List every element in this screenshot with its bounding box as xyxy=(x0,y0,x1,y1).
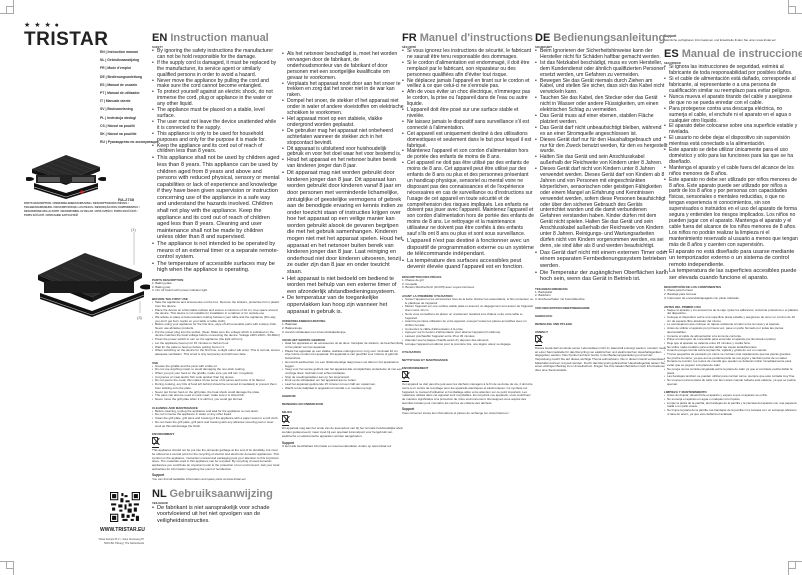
de-support-text: Sämtliche verfügbaren Informationen und … xyxy=(664,39,799,43)
fr-environment-text: Cet appareil ne doit pas être jeté avec … xyxy=(402,383,534,405)
list-item: La température des surfaces accessibles … xyxy=(402,258,534,271)
weee-bin-icon xyxy=(152,437,158,444)
list-item: Este aparato no debe ser utilizado por n… xyxy=(664,178,799,249)
language-item[interactable]: EN | Instruction manual xyxy=(100,50,146,58)
list-item: De temperatuur van de toegankelijke oppe… xyxy=(282,295,404,315)
nl-section: Als het netsnoer beschadigd is, moet het… xyxy=(282,32,404,449)
de-cleaning-heading: REINIGUNG UND PFLEGE xyxy=(535,322,668,326)
list-item: Tauchen Sie das Kabel, den Stecker oder … xyxy=(535,96,668,114)
es-section: Support Sämtliche verfügbaren Informatio… xyxy=(664,32,799,417)
list-item: Als het netsnoer beschadigd is, moet het… xyxy=(282,52,404,82)
list-item: Lorsque l'appareil est allumé pour la pr… xyxy=(402,343,534,347)
list-item: De gebruiker mag het apparaat niet onbeh… xyxy=(282,129,404,147)
language-item[interactable]: RU | Руководство по эксплуатации xyxy=(100,140,146,148)
nl-heading: NL Gebruiksaanwijzing xyxy=(152,488,280,500)
list-item: Ne laissez jamais le dispositif sans sur… xyxy=(402,120,534,132)
fr-use-heading: UTILISATION xyxy=(402,350,534,354)
de-environment-text: Dieses Gerät darf am Ende seiner Lebensd… xyxy=(535,347,668,373)
list-item: Das Gerät muss auf einer ebenen, stabile… xyxy=(535,114,668,126)
en-environment-text: This appliance should not be put into th… xyxy=(152,449,280,471)
de-continued: Support Sämtliche verfügbaren Informatio… xyxy=(664,35,799,42)
tristar-logo: ★ ★ ★ ● TRISTAR xyxy=(24,22,108,50)
list-item: When switching on the device for the fir… xyxy=(152,349,280,356)
language-item[interactable]: CS | Návod na použití xyxy=(100,124,146,132)
list-item: Dieses Gerät darf nur für den Haushaltsg… xyxy=(535,138,668,156)
list-item: The appliance is not intended to be oper… xyxy=(152,241,280,261)
list-item: Verplaats het apparaat nooit door aan he… xyxy=(282,82,404,100)
list-item: Si le cordon d'alimentation est endommag… xyxy=(402,61,534,79)
logo-wordmark: TRISTAR xyxy=(24,30,108,50)
language-item[interactable]: IT | Manuale utente xyxy=(100,99,146,107)
nl-cleaning-heading: REINIGING EN ONDERHOUD xyxy=(282,402,404,406)
nl-support-text: U kunt alle beschikbare informatie en re… xyxy=(282,445,404,449)
parts-diagram: (1) (3) xyxy=(30,225,150,320)
list-item: The temperature of accessible surfaces m… xyxy=(152,261,280,274)
list-item: El aparato no está diseñado para usarse … xyxy=(664,249,799,269)
fr-support-text: Vous retrouvez toutes les informations e… xyxy=(402,412,534,416)
de-first-use-heading: VOR DER ERSTEN INBETRIEBNAHME xyxy=(535,306,668,310)
de-part: 3. Ein/Ausschalter mit Kontrollleuchte xyxy=(535,298,668,302)
weee-bin-icon xyxy=(535,335,541,342)
fr-part: 3. Bouton Marche/Arrêt (On/Off) avec voy… xyxy=(402,286,534,290)
list-item: Die Temperatur der zugänglichen Oberfläc… xyxy=(535,270,668,283)
es-use-list: No utilice nada metálico para evitar dañ… xyxy=(664,346,799,387)
list-item: Nunca mueva el aparato tirando del cable… xyxy=(664,95,799,107)
list-item: Este aparato se debe utilizar únicamente… xyxy=(664,148,799,166)
cover-panel: ★ ★ ★ ● TRISTAR EN | Instruction manual … xyxy=(0,0,146,575)
language-index: EN | Instruction manual NL | Gebruiksaan… xyxy=(100,50,146,148)
list-item: This appliance shall not be used by chil… xyxy=(152,155,280,241)
list-item: Ist das Netzkabel beschädigt, muss es vo… xyxy=(535,61,668,79)
fr-environment-heading: ENVIRONNEMENT xyxy=(402,366,534,370)
en-part: 3. On/ off switch with power indicator l… xyxy=(152,289,280,293)
crop-mark-top-right-inner xyxy=(788,6,796,14)
raclette-grill-photo xyxy=(26,143,106,203)
list-item: Das Gerät darf nicht mit einem externen … xyxy=(535,250,668,270)
language-item[interactable]: DE | Bedienungsanleitung xyxy=(100,75,146,83)
qr-code[interactable] xyxy=(110,492,140,522)
language-item[interactable]: ES | Manual de usuario xyxy=(100,83,146,91)
list-item: This appliance is only to be used for ho… xyxy=(152,132,280,144)
language-item[interactable]: PL | Instrukcja obsługi xyxy=(100,116,146,124)
language-item[interactable]: SV | Bruksanvisning xyxy=(100,107,146,115)
list-item: L'appareil n'est pas destiné à fonctionn… xyxy=(402,238,534,258)
list-item: Afin de vous éviter un choc électrique, … xyxy=(402,90,534,108)
language-item[interactable]: PT | Manual de utilizador xyxy=(100,91,146,99)
list-item: Dit apparaat mag niet worden gebruikt do… xyxy=(282,170,404,276)
list-item: Mantenga el aparato y el cable fuera del… xyxy=(664,166,799,178)
diagram-label-1: (1) xyxy=(131,227,137,232)
weee-bin-icon xyxy=(402,371,408,378)
list-item: No limpie la placa de la parrilla, las b… xyxy=(664,409,799,416)
list-item: Si el cable de alimentación está dañado,… xyxy=(664,77,799,95)
language-item[interactable]: SK | Návod na použitie xyxy=(100,132,146,140)
list-item: The user must not leave the device unatt… xyxy=(152,120,280,132)
nl-environment-text: Dit apparaat mag aan het einde van de le… xyxy=(282,427,404,438)
list-item: De fabrikant is niet aansprakelijk voor … xyxy=(152,505,280,525)
list-item: Keep the appliance and its cord out of r… xyxy=(152,144,280,156)
list-item: La temperatura de las superficies accesi… xyxy=(664,268,799,281)
list-item: Bewegen Sie das Gerät niemals durch Zieh… xyxy=(535,79,668,97)
en-section: EN Instruction manual SAFETY By ignoring… xyxy=(152,32,280,525)
list-item: Para protegerse contra una descarga eléc… xyxy=(664,107,799,125)
list-item: Dompel het snoer, de stekker of het appa… xyxy=(282,99,404,117)
de-heading: DE Bedienungsanleitung xyxy=(535,32,668,44)
fr-section: FR Manuel d'instructions SÉCURITÉ Si vou… xyxy=(402,32,534,416)
nl-use-heading: GEBRUIK xyxy=(282,394,404,398)
company-address: Tristar Europe B.V. | Jules Verneweg 87 … xyxy=(92,538,144,546)
de-environment-heading: UMWELT xyxy=(535,330,668,334)
language-item[interactable]: NL | Gebruiksaanwijzing xyxy=(100,58,146,66)
list-item: Het apparaat is niet bedoeld om bediend … xyxy=(282,276,404,296)
list-item: Cet appareil ne doit pas être utilisé pa… xyxy=(402,161,534,238)
list-item: Do not clean the grill plate, grill pans… xyxy=(152,421,280,428)
en-heading: EN Instruction manual xyxy=(152,32,280,44)
en-safety-list: By ignoring the safety instructions the … xyxy=(152,49,280,274)
list-item: Houd het apparaat en het netsnoer buiten… xyxy=(282,158,404,170)
weee-bin-icon xyxy=(282,415,288,422)
list-item: Wacht tot de bakplaat is opgewarmd voord… xyxy=(282,387,404,391)
parts-caption: PARTS DESCRIPTION / ONDERDELENBESCHRIJVI… xyxy=(24,202,146,218)
list-item: No mueva nunca la placa de calor con las… xyxy=(664,379,799,386)
fr-cleaning-heading: NETTOYAGE ET MAINTENANCE xyxy=(402,358,534,362)
nl-environment-heading: MILIEU xyxy=(282,410,404,414)
list-item: If the supply cord is damaged, it must b… xyxy=(152,61,280,79)
nl-part: 3. Aan/uit schakelaar met stroomindicati… xyxy=(282,331,404,335)
list-item: Het apparaat moet op een stabiele, vlakk… xyxy=(282,117,404,129)
website-link[interactable]: WWW.TRISTAR.EU xyxy=(100,527,145,533)
list-item: To protect yourself against an electric … xyxy=(152,90,280,108)
de-use-heading: GEBRAUCH xyxy=(535,314,668,318)
de-section: DE Bedienungsanleitung SICHERHEIT Beim I… xyxy=(535,32,668,373)
list-item: Cet appareil est uniquement destiné à de… xyxy=(402,132,534,150)
list-item: Das Gerät darf nicht unbeaufsichtigt ble… xyxy=(535,126,668,138)
language-item[interactable]: FR | Mode d'emploi xyxy=(100,66,146,74)
en-environment-heading: ENVIRONMENT xyxy=(152,432,280,436)
fr-heading: FR Manuel d'instructions xyxy=(402,32,534,44)
list-item: Never move the grill plate when it is st… xyxy=(152,398,280,402)
diagram-label-3: (3) xyxy=(137,315,143,320)
es-part: 3. Interruptor de encendido/apagado con … xyxy=(664,297,799,301)
list-item: Dieses Gerät darf nicht von Kindern unte… xyxy=(535,167,668,250)
crop-mark-bottom-right-inner xyxy=(788,561,796,569)
es-heading: ES Manual de instrucciones xyxy=(664,48,799,60)
en-support-text: You can find all available information a… xyxy=(152,478,280,482)
